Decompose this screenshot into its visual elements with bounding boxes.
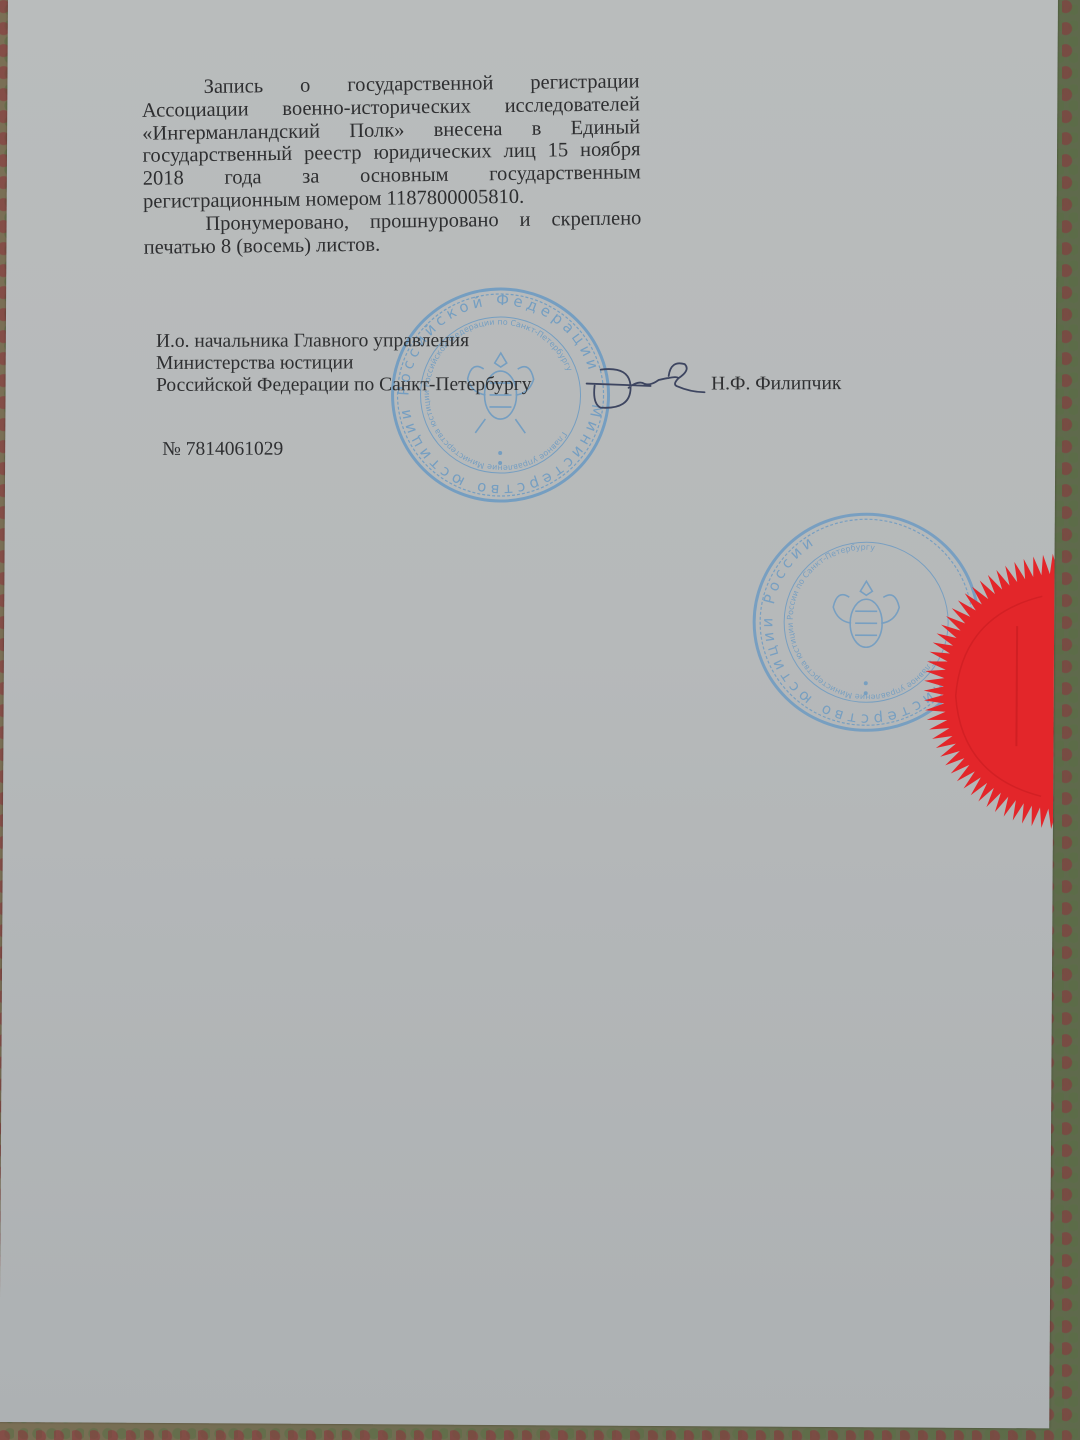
red-seal-icon [921, 546, 1058, 837]
registration-number: № 7814061029 [162, 439, 283, 461]
handwritten-signature-icon [580, 356, 710, 417]
document-page: Запись о государственной регистрации Асс… [0, 0, 1058, 1428]
signatory-title-line-1: И.о. начальника Главного управления [156, 329, 896, 353]
binding-paragraph: Пронумеровано, прошнуровано и скреплено … [143, 207, 642, 259]
registration-paragraph: Запись о государственной регистрации Асс… [141, 70, 641, 213]
registration-record-text: Запись о государственной регистрации Асс… [141, 70, 641, 259]
signer-name: Н.Ф. Филипчик [711, 373, 841, 395]
signatory-title-line-2: Министерства юстиции [156, 351, 896, 375]
signature-block: И.о. начальника Главного управления Мини… [156, 329, 896, 397]
